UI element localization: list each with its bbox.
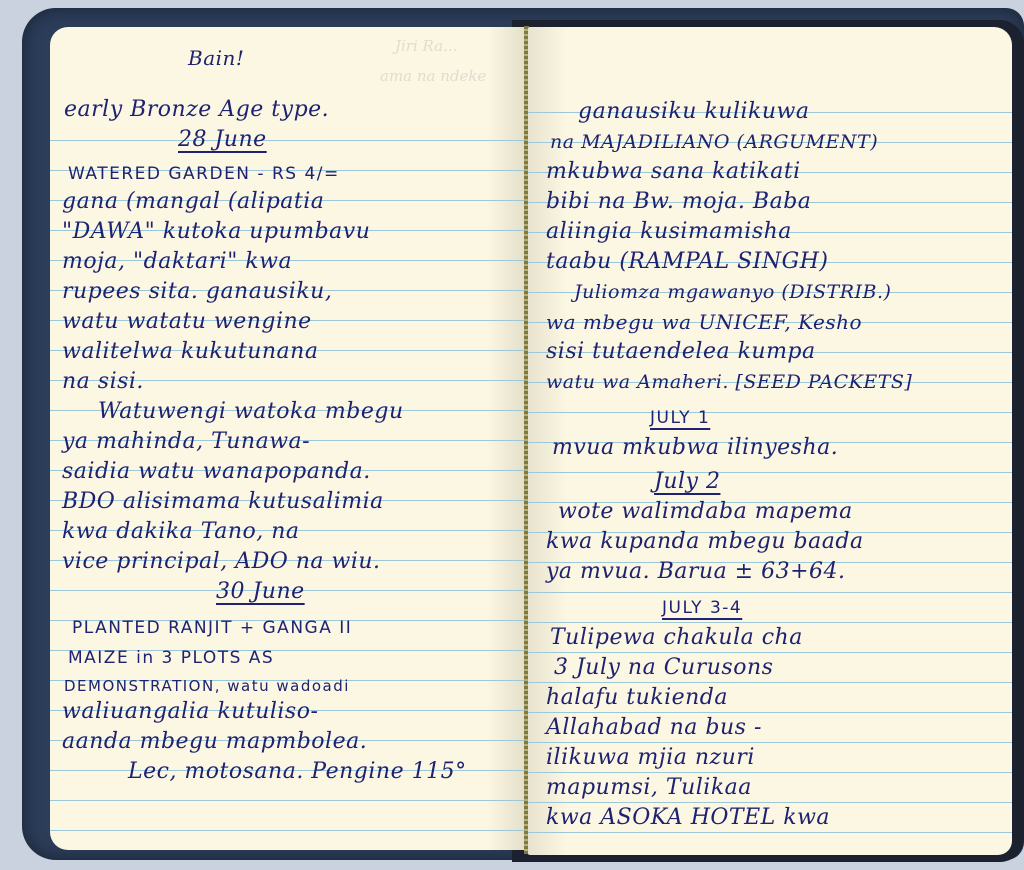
- text-line: PLANTED RANJIT + GANGA II: [72, 615, 352, 641]
- text-line: MAIZE in 3 PLOTS AS: [68, 645, 274, 671]
- text-line: wote walimdaba mapema: [558, 499, 853, 525]
- text-line: moja, "daktari" kwa: [62, 249, 292, 275]
- right-page: ganausiku kulikuwa na MAJADILIANO (ARGUM…: [528, 27, 1012, 855]
- text-line: aanda mbegu mapmbolea.: [62, 729, 367, 755]
- text-line: Watuwengi watoka mbegu: [98, 399, 404, 425]
- date-heading: JULY 3-4: [662, 595, 742, 621]
- text-line: early Bronze Age type.: [64, 97, 329, 123]
- text-line: aliingia kusimamisha: [546, 219, 792, 245]
- text-line: saidia watu wanapopanda.: [62, 459, 371, 485]
- text-line: wa mbegu wa UNICEF, Kesho: [546, 309, 862, 335]
- text-line: Juliomza mgawanyo (DISTRIB.): [574, 279, 891, 305]
- text-line: waliuangalia kutuliso-: [62, 699, 318, 725]
- text-line: ilikuwa mjia nzuri: [546, 745, 755, 771]
- text-line: ya mvua. Barua ± 63+64.: [546, 559, 846, 585]
- text-line: mapumsi, Tulikaa: [546, 775, 752, 801]
- text-line: na MAJADILIANO (ARGUMENT): [550, 129, 878, 155]
- text-line: kwa dakika Tano, na: [62, 519, 300, 545]
- text-line: Lec, motosana. Pengine 115°: [128, 759, 467, 785]
- date-heading: July 2: [654, 469, 720, 495]
- text-line: mvua mkubwa ilinyesha.: [552, 435, 838, 461]
- date-heading: 28 June: [178, 127, 267, 153]
- text-line: DEMONSTRATION, watu wadoadi: [64, 673, 350, 699]
- bleed-through-text: ama na ndeke: [380, 67, 486, 85]
- text-line: WATERED GARDEN - RS 4/=: [68, 161, 340, 187]
- text-line: halafu tukienda: [546, 685, 728, 711]
- text-line: mkubwa sana katikati: [546, 159, 801, 185]
- text-line: kwa kupanda mbegu baada: [546, 529, 864, 555]
- text-line: vice principal, ADO na wiu.: [62, 549, 381, 575]
- text-line: taabu (RAMPAL SINGH): [546, 249, 829, 275]
- page-header: Bain!: [188, 45, 244, 71]
- text-line: walitelwa kukutunana: [62, 339, 318, 365]
- text-line: watu wa Amaheri. [SEED PACKETS]: [546, 369, 912, 395]
- text-line: "DAWA" kutoka upumbavu: [62, 219, 370, 245]
- text-line: bibi na Bw. moja. Baba: [546, 189, 811, 215]
- text-line: ganausiku kulikuwa: [578, 99, 810, 125]
- text-line: ya mahinda, Tunawa-: [62, 429, 310, 455]
- date-heading: 30 June: [216, 579, 305, 605]
- left-page: Jiri Ra... ama na ndeke Bain! early Bron…: [50, 27, 526, 850]
- text-line: sisi tutaendelea kumpa: [546, 339, 816, 365]
- date-heading: JULY 1: [650, 405, 710, 431]
- text-line: watu watatu wengine: [62, 309, 312, 335]
- text-line: Tulipewa chakula cha: [550, 625, 803, 651]
- text-line: rupees sita. ganausiku,: [62, 279, 332, 305]
- text-line: gana (mangal (alipatia: [62, 189, 324, 215]
- text-line: na sisi.: [62, 369, 144, 395]
- text-line: BDO alisimama kutusalimia: [62, 489, 384, 515]
- text-line: kwa ASOKA HOTEL kwa: [546, 805, 830, 831]
- text-line: 3 July na Curusons: [554, 655, 773, 681]
- text-line: Allahabad na bus -: [546, 715, 762, 741]
- bleed-through-text: Jiri Ra...: [395, 37, 457, 55]
